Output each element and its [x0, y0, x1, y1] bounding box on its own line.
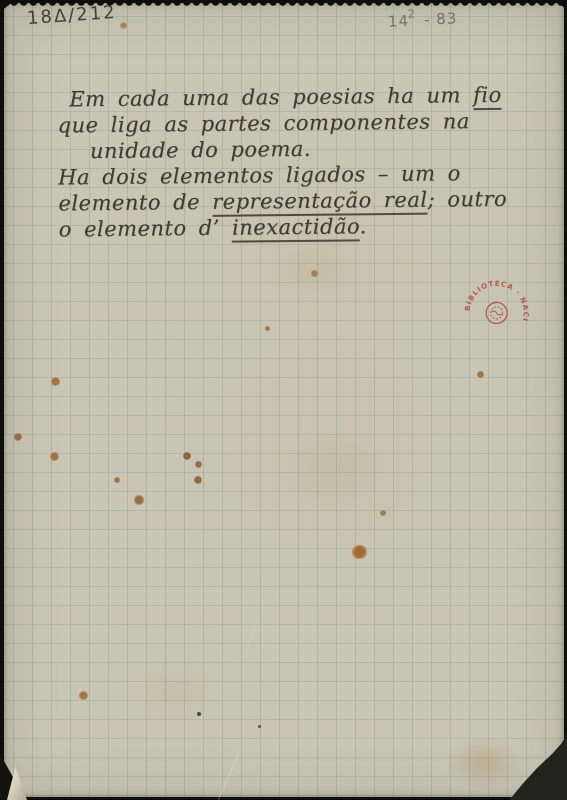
foxing-spot [50, 452, 59, 461]
manuscript-text: Em cada uma das poesias ha um [69, 83, 473, 111]
foxing-spot [134, 495, 144, 505]
manuscript-text: unidade do poema. [90, 137, 311, 163]
manuscript-text-underlined: representação real [212, 188, 428, 217]
manuscript-text-underlined: fio [473, 83, 502, 110]
manuscript-line: o elemento d’ inexactidão. [59, 212, 531, 243]
ink-speck [258, 725, 261, 728]
foxing-spot [14, 433, 22, 441]
manuscript-text: . [360, 214, 367, 238]
stain-blotch [445, 735, 525, 790]
foxing-spot [265, 326, 270, 331]
foxing-spot [477, 371, 484, 378]
foxing-spot [51, 377, 60, 386]
manuscript-line: elemento de representação real; outro [58, 186, 530, 217]
manuscript-text: ; outro [427, 187, 507, 212]
handwritten-text-block: Em cada uma das poesias ha um fio que li… [57, 82, 531, 243]
manuscript-text: elemento de [58, 190, 212, 216]
manuscript-text: que liga as partes componentes na [57, 109, 469, 137]
foxing-spot [352, 545, 367, 559]
foxing-spot [380, 510, 386, 516]
foxing-spot [194, 476, 202, 484]
foxing-spot [195, 461, 202, 468]
foxing-spot [183, 452, 191, 460]
manuscript-text-underlined: inexactidão [232, 214, 360, 242]
stain-blotch [270, 240, 360, 300]
manuscript-scan: 18Δ/212 142- 83 Em cada uma das poesias … [0, 0, 567, 800]
manuscript-line: que liga as partes componentes na [57, 108, 529, 139]
manuscript-text: Ha dois elementos ligados – um o [58, 161, 461, 189]
shelfmark-superscript: 2 [407, 7, 416, 20]
stamp-emblem-crest [491, 311, 501, 316]
manuscript-text: o elemento d’ [59, 216, 233, 242]
shelfmark-rest: - 83 [424, 9, 458, 29]
shelfmark-base: 14 [388, 12, 410, 31]
library-stamp-icon: BIBLIOTECA · NACIONAL [455, 269, 538, 352]
shelfmark: 142- 83 [388, 9, 458, 31]
foxing-spot [120, 22, 127, 29]
stain-blotch [130, 655, 220, 725]
stain-blotch [280, 430, 390, 510]
foxing-spot [114, 477, 120, 483]
foxing-spot [79, 691, 88, 700]
